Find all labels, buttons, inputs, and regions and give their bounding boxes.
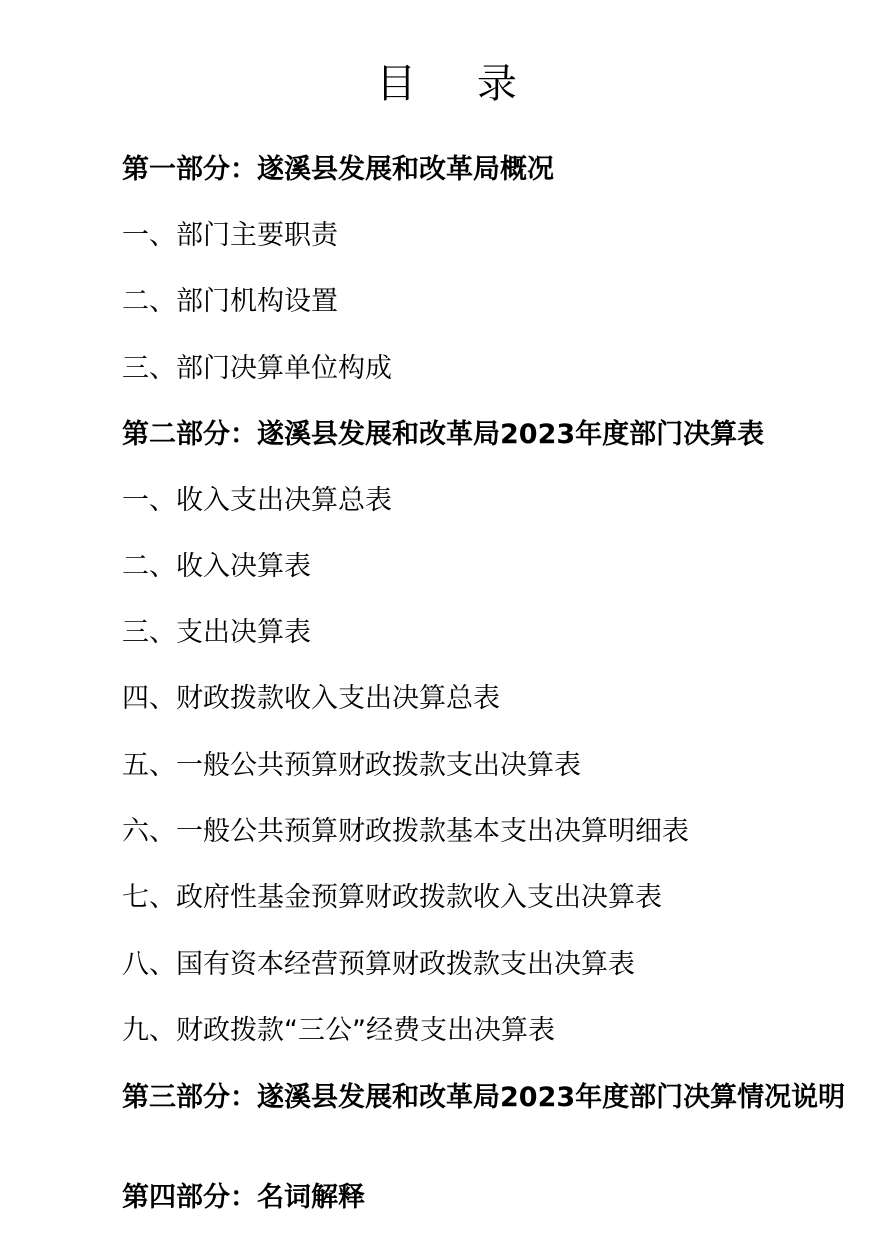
toc-part-1: 第一部分：遂溪县发展和改革局概况 bbox=[122, 152, 554, 188]
toc-item-table-3: 三、支出决算表 bbox=[122, 615, 311, 651]
page-title: 目 录 bbox=[0, 58, 893, 110]
toc-part-2: 第二部分：遂溪县发展和改革局2023年度部门决算表 bbox=[122, 417, 764, 453]
toc-item-unit-composition: 三、部门决算单位构成 bbox=[122, 351, 392, 387]
toc-item-table-4: 四、财政拨款收入支出决算总表 bbox=[122, 681, 500, 717]
toc-item-table-1: 一、收入支出决算总表 bbox=[122, 483, 392, 519]
toc-part-3: 第三部分：遂溪县发展和改革局2023年度部门决算情况说明 bbox=[62, 1080, 852, 1116]
toc-part-4: 第四部分：名词解释 bbox=[122, 1180, 365, 1216]
toc-item-table-5: 五、一般公共预算财政拨款支出决算表 bbox=[122, 748, 581, 784]
toc-item-table-7: 七、政府性基金预算财政拨款收入支出决算表 bbox=[122, 880, 662, 916]
toc-item-table-9: 九、财政拨款“三公”经费支出决算表 bbox=[122, 1013, 555, 1049]
toc-item-table-2: 二、收入决算表 bbox=[122, 549, 311, 585]
toc-item-organization: 二、部门机构设置 bbox=[122, 284, 338, 320]
toc-item-table-8: 八、国有资本经营预算财政拨款支出决算表 bbox=[122, 947, 635, 983]
document-page: 目 录 第一部分：遂溪县发展和改革局概况 一、部门主要职责 二、部门机构设置 三… bbox=[0, 0, 893, 1251]
toc-item-table-6: 六、一般公共预算财政拨款基本支出决算明细表 bbox=[122, 814, 689, 850]
toc-item-responsibilities: 一、部门主要职责 bbox=[122, 218, 338, 254]
